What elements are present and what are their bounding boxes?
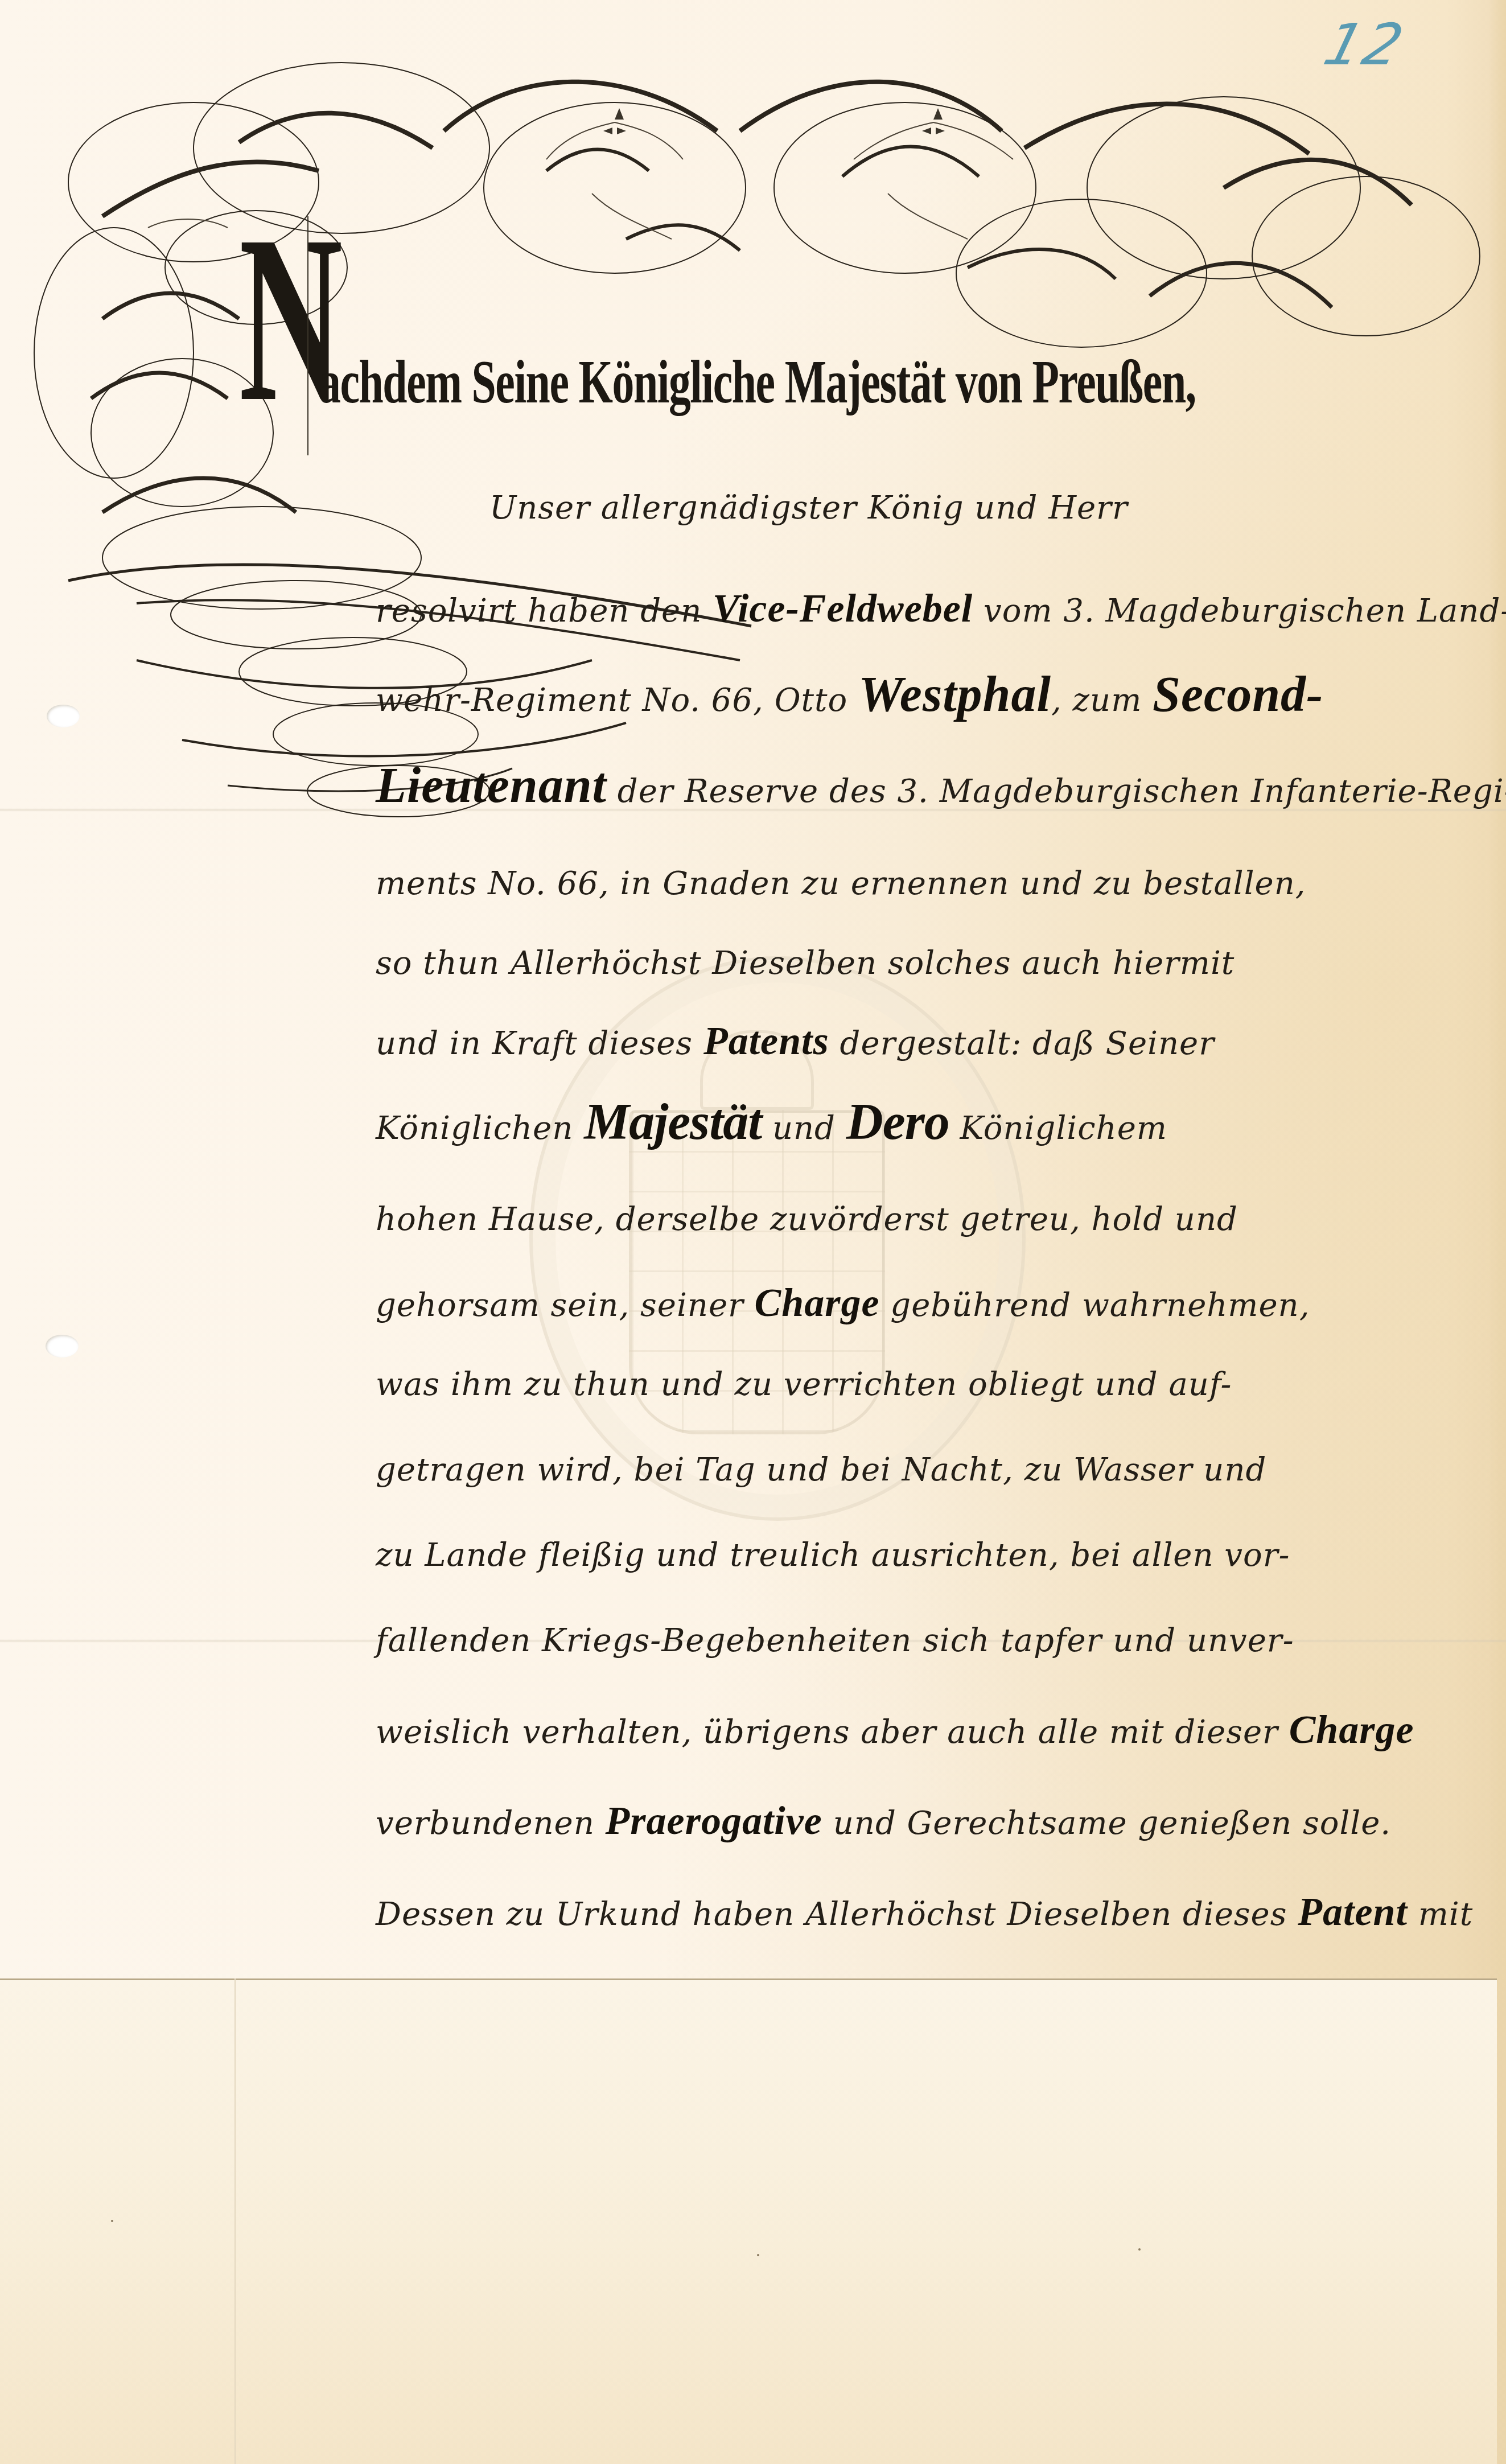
initial-vine-ornament <box>307 216 320 455</box>
text-line-8: Königlichen Majestät und Dero Königliche… <box>376 1093 1468 1151</box>
text-line-10: gehorsam sein, seiner Charge gebührend w… <box>376 1281 1468 1326</box>
text-line-3: wehr-Regiment No. 66, Otto Westphal, zum… <box>376 666 1468 723</box>
text-line-5: ments No. 66, in Gnaden zu ernennen und … <box>376 865 1468 902</box>
text-segment: mit <box>1408 1896 1473 1933</box>
text-line-9: hohen Hause, derselbe zuvörderst getreu,… <box>376 1201 1468 1238</box>
rank-second: Second- <box>1153 667 1323 722</box>
text-segment: wehr-Regiment No. 66, Otto <box>376 682 858 719</box>
rank-lieutenant: Lieutenant <box>376 758 607 813</box>
word-praerogative: Praerogative <box>606 1799 822 1843</box>
document-title: achdem Seine Königliche Majestät von Pre… <box>319 347 1196 418</box>
text-line-16: verbundenen Praerogative und Gerechtsame… <box>376 1799 1468 1844</box>
text-segment: verbundenen <box>376 1805 606 1842</box>
rank-vice-feldwebel: Vice-Feldwebel <box>713 587 973 631</box>
text-segment: und Gerechtsame genießen solle. <box>822 1805 1391 1842</box>
word-majestaet: Majestät <box>584 1094 762 1150</box>
text-line-13: zu Lande fleißig und treulich ausrichten… <box>376 1537 1468 1574</box>
word-charge: Charge <box>755 1281 880 1325</box>
paper-speck <box>111 2220 113 2222</box>
text-segment: resolvirt haben den <box>376 593 713 630</box>
word-patents: Patents <box>703 1019 829 1063</box>
text-segment: gehorsam sein, seiner <box>376 1287 755 1324</box>
officer-surname: Westphal <box>858 667 1051 722</box>
text-line-6: so thun Allerhöchst Dieselben solches au… <box>376 945 1468 982</box>
text-segment: Dessen zu Urkund haben Allerhöchst Diese… <box>376 1896 1298 1933</box>
punch-hole-bottom <box>46 1335 79 1358</box>
text-segment: der Reserve des 3. Magdeburgischen Infan… <box>607 773 1506 810</box>
text-segment: Königlichen <box>376 1110 584 1147</box>
word-dero: Dero <box>846 1094 949 1150</box>
text-line-4: Lieutenant der Reserve des 3. Magdeburgi… <box>376 757 1468 815</box>
text-segment: , zum <box>1051 682 1153 719</box>
text-line-15: weislich verhalten, übrigens aber auch a… <box>376 1708 1468 1753</box>
word-patent: Patent <box>1298 1890 1408 1934</box>
text-segment: weislich verhalten, übrigens aber auch a… <box>376 1714 1289 1751</box>
paper-speck <box>757 2254 759 2256</box>
text-line-17: Dessen zu Urkund haben Allerhöchst Diese… <box>376 1890 1468 1935</box>
lower-attached-sheet <box>0 1978 1497 2464</box>
text-segment: dergestalt: daß Seiner <box>829 1025 1215 1062</box>
text-segment: Königlichem <box>949 1110 1167 1147</box>
text-segment: gebührend wahrnehmen, <box>880 1287 1310 1324</box>
text-segment: und <box>762 1110 846 1147</box>
text-line-11: was ihm zu thun und zu verrichten oblieg… <box>376 1366 1468 1403</box>
sheet-fold-line <box>234 1978 236 2464</box>
text-segment: und in Kraft dieses <box>376 1025 703 1062</box>
text-segment: vom 3. Magdeburgischen Land- <box>973 593 1506 630</box>
text-line-7: und in Kraft dieses Patents dergestalt: … <box>376 1019 1468 1064</box>
text-line-1: Unser allergnädigster König und Herr <box>489 489 1506 526</box>
text-line-2: resolvirt haben den Vice-Feldwebel vom 3… <box>376 586 1468 632</box>
text-line-12: getragen wird, bei Tag und bei Nacht, zu… <box>376 1451 1468 1488</box>
text-line-14: fallenden Kriegs-Begebenheiten sich tapf… <box>376 1622 1468 1659</box>
paper-speck <box>1138 2248 1141 2251</box>
punch-hole-top <box>47 705 80 727</box>
word-charge: Charge <box>1289 1708 1414 1752</box>
